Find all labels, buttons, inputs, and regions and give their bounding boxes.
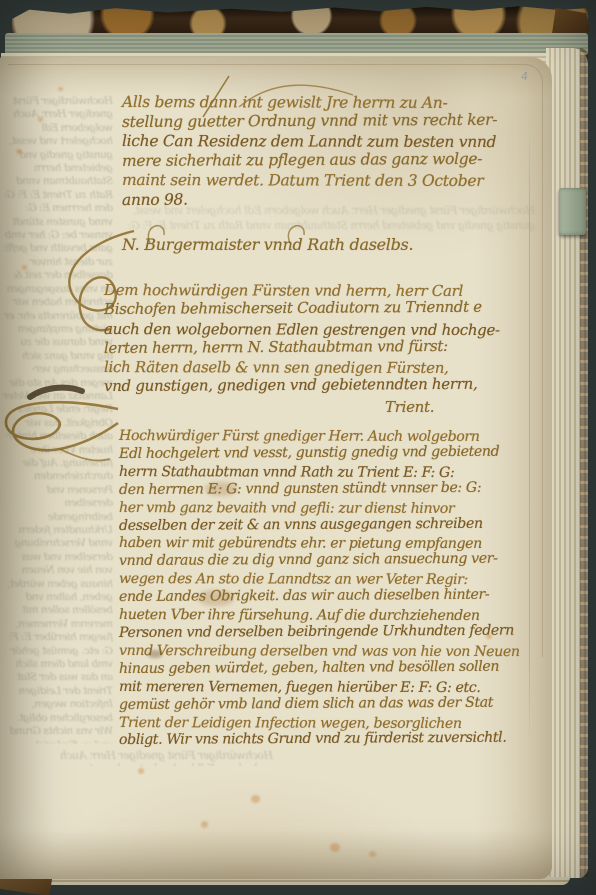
foxing-spot	[58, 87, 63, 91]
manuscript-line: Personen vnd derselben beibringende Urkh…	[119, 623, 520, 643]
bookmark-tab	[559, 188, 586, 235]
body-paragraph: Hochwürdiger Fürst gnediger Herr. Auch w…	[119, 428, 520, 750]
manuscript-line: desselben der zeit & an vnns ausgegangen…	[119, 515, 520, 535]
book-binding-top	[12, 5, 588, 36]
manuscript-line: vnnd daraus die zu dig vnnd ganz sich an…	[119, 551, 520, 571]
manuscript-line: lerten herrn, herrn N. Stathaubtman vnd …	[104, 336, 500, 358]
foxing-spot	[22, 265, 27, 270]
manuscript-line: stellung guetter Ordnung vnnd mit vns re…	[122, 110, 497, 132]
opening-paragraph: Alls bems dann int gewislt Jre herrn zu …	[122, 93, 497, 210]
manuscript-line: vnd gunstigen, gnedigen vnd gebietenndte…	[104, 375, 500, 397]
address-place: Trient.	[385, 398, 434, 416]
manuscript-line: anno 98.	[122, 188, 497, 210]
manuscript-line: ende Landes Obrigkeit. das wir auch dies…	[119, 587, 520, 607]
page-fold-crease-vertical	[529, 127, 530, 747]
ink-stain	[198, 590, 234, 606]
foxing-spot	[201, 821, 208, 828]
foxing-spot	[16, 149, 22, 154]
salutation-line: N. Burgermaister vnnd Rath daselbs.	[122, 235, 413, 254]
manuscript-line: Edl hochgelert vnd vesst, gunstig gnedig…	[119, 443, 520, 463]
foxing-spot	[138, 768, 144, 774]
ink-stain	[205, 482, 237, 496]
manuscript-line: obligt. Wir vns nichts Grund vnd zu fürd…	[119, 730, 520, 750]
foxing-spot	[369, 851, 376, 857]
address-block: Dem hochwürdigen Fürsten vnd herrn, herr…	[104, 281, 500, 397]
manuscript-photo: Hochwürdiger Fürst gnediger Herr. Auch w…	[0, 0, 596, 895]
page-edges-top-green	[5, 33, 588, 55]
manuscript-line: gemüst gehör vmb land diem slich an das …	[119, 694, 520, 714]
manuscript-line: Bischofen behmischerseit Coadiutorn zu T…	[104, 298, 500, 320]
manuscript-line: den herrnen E: G: vnnd gunsten stündt vn…	[119, 479, 520, 499]
foxing-spot	[330, 843, 340, 852]
foxing-spot	[38, 117, 43, 122]
bleed-through-text: Hochwürdiger Fürst gnediger Herr. Auch w…	[48, 749, 273, 766]
foxing-spot	[251, 795, 260, 803]
manuscript-line: mere sicherhait zu pflegen aus das ganz …	[122, 149, 497, 171]
foxing-spot	[486, 634, 492, 639]
page-edges-right	[546, 48, 588, 878]
folio-number: 4	[520, 70, 529, 83]
manuscript-page: Hochwürdiger Fürst gnediger Herr. Auch w…	[0, 57, 552, 879]
manuscript-line: hinaus geben würdet, geben, halten vnd b…	[119, 658, 520, 678]
bleed-through-text: Hochwürdiger Fürst gnediger Herr. Auch w…	[3, 95, 113, 743]
ink-smear	[148, 650, 162, 658]
